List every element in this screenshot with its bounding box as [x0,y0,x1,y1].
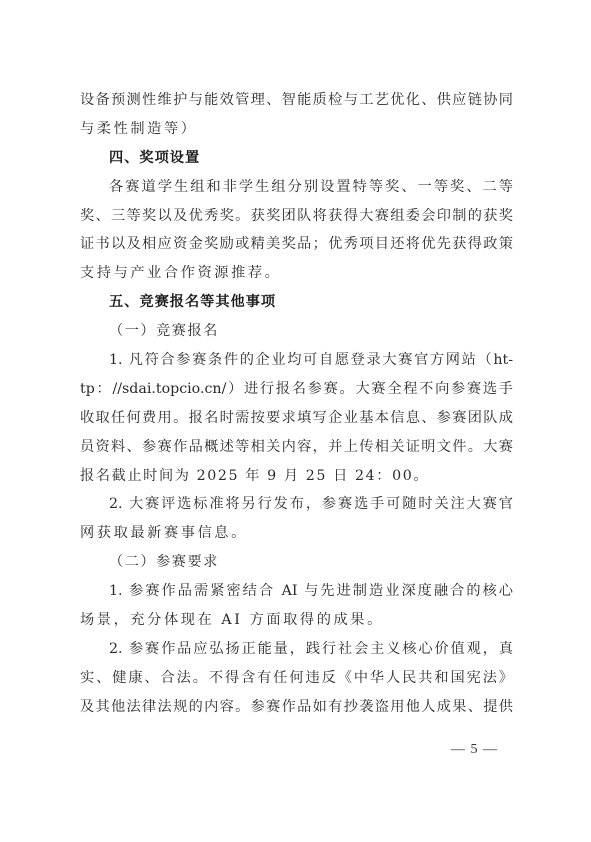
document-page: 设备预测性维护与能效管理、智能质检与工艺优化、供应链协同 与柔性制造等） 四、奖… [80,86,513,722]
body-line: 收取任何费用。报名时需按要求填写企业基本信息、参赛团队成 [80,404,513,433]
body-line: 2. 参赛作品应弘扬正能量，践行社会主义核心价值观，真 [80,635,513,664]
body-line: 网获取最新赛事信息。 [80,519,513,548]
page-number: — 5 — [451,742,498,758]
section-heading-registration: 五、竞赛报名等其他事项 [80,288,513,317]
body-line-url: tp：//sdai.topcio.cn/）进行报名参赛。大赛全程不向参赛选手 [80,375,513,404]
body-line: 设备预测性维护与能效管理、智能质检与工艺优化、供应链协同 [80,86,513,115]
body-line: 证书以及相应资金奖励或精美奖品；优秀项目还将优先获得政策 [80,230,513,259]
body-line-deadline: 报名截止时间为 2025 年 9 月 25 日 24：00。 [80,462,513,491]
body-line: 奖、三等奖以及优秀奖。获奖团队将获得大赛组委会印制的获奖 [80,202,513,231]
body-line: 实、健康、合法。不得含有任何违反《中华人民共和国宪法》 [80,664,513,693]
body-line: 支持与产业合作资源推荐。 [80,259,513,288]
body-line: 场景，充分体现在 AI 方面取得的成果。 [80,606,513,635]
body-line: 与柔性制造等） [80,115,513,144]
body-line: 1. 参赛作品需紧密结合 AI 与先进制造业深度融合的核心 [80,577,513,606]
subheading-registration: （一）竞赛报名 [80,317,513,346]
body-line: 1. 凡符合参赛条件的企业均可自愿登录大赛官方网站（ht- [80,346,513,375]
body-line: 及其他法律法规的内容。参赛作品如有抄袭盗用他人成果、提供 [80,693,513,722]
subheading-requirements: （二）参赛要求 [80,548,513,577]
section-heading-awards: 四、奖项设置 [80,144,513,173]
body-line: 员资料、参赛作品概述等相关内容，并上传相关证明文件。大赛 [80,433,513,462]
body-line: 2. 大赛评选标准将另行发布，参赛选手可随时关注大赛官 [80,490,513,519]
body-line: 各赛道学生组和非学生组分别设置特等奖、一等奖、二等 [80,173,513,202]
